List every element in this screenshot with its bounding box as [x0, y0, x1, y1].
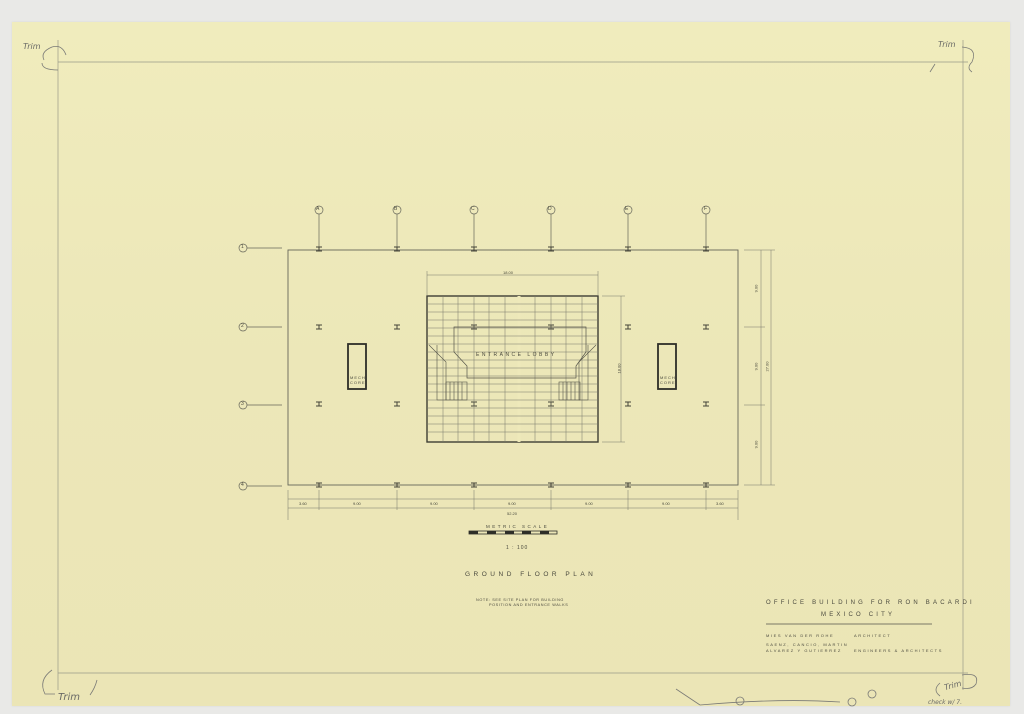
grid-label-4: 4: [241, 482, 244, 488]
engineers-line-2: ALVAREZ Y GUTIERREZ: [766, 648, 842, 653]
engineers-line-1: SAENZ, CANCIO, MARTIN: [766, 642, 848, 647]
dim-bay-6: 9.00: [662, 501, 670, 506]
architect-role: ARCHITECT: [854, 633, 891, 638]
dim-bay-3: 9.00: [430, 501, 438, 506]
note-line-1: NOTE: SEE SITE PLAN FOR BUILDING: [476, 598, 564, 602]
grid-label-d: D: [548, 206, 552, 212]
metric-scale-label: METRIC SCALE: [486, 524, 549, 529]
entrance-lobby: [427, 296, 598, 442]
building-outline: [288, 250, 738, 485]
check-note: check w/ 7.: [928, 699, 962, 706]
grid-label-2: 2: [241, 323, 244, 329]
trim-note-bottom-left: Trim: [58, 692, 80, 703]
grid-label-f: F: [704, 206, 707, 212]
dim-bay-2: 9.00: [353, 501, 361, 506]
core-right-label-core: CORE: [660, 380, 676, 385]
lobby-depth-dimension: 18.00: [617, 363, 622, 373]
grid-label-b: B: [394, 206, 397, 212]
project-location: MEXICO CITY: [821, 612, 895, 618]
dim-overall-depth: 27.00: [765, 361, 770, 371]
column-grid-bubbles: [315, 206, 710, 248]
engineers-role: ENGINEERS & ARCHITECTS: [854, 648, 943, 653]
project-title: OFFICE BUILDING FOR RON BACARDI: [766, 600, 975, 606]
grid-label-3: 3: [241, 401, 244, 407]
drawing-title: GROUND FLOOR PLAN: [465, 571, 596, 578]
metric-scale-bar: [469, 531, 557, 534]
grid-label-e: E: [625, 206, 628, 212]
grid-label-c: C: [471, 206, 475, 212]
dim-bay-4: 9.00: [508, 501, 516, 506]
trim-note-top-right: Trim: [938, 40, 956, 49]
right-dimensions: [744, 250, 775, 485]
grid-label-1: 1: [241, 244, 244, 250]
entrance-lobby-label: ENTRANCE LOBBY: [476, 352, 557, 358]
trim-border: [58, 40, 968, 690]
row-grid-bubbles: [239, 244, 282, 490]
columns: [316, 247, 709, 487]
dim-right-3: 9.00: [753, 441, 758, 449]
core-left-label-core: CORE: [350, 380, 366, 385]
scale-ratio: 1 : 100: [506, 545, 528, 551]
architect-name: MIES VAN DER ROHE: [766, 633, 834, 638]
dim-bay-5: 9.00: [585, 501, 593, 506]
grid-label-a: A: [316, 206, 319, 212]
dim-right-1: 9.00: [753, 285, 758, 293]
note-line-2: POSITION AND ENTRANCE WALKS: [489, 603, 568, 607]
dim-bay-1: 3.60: [299, 501, 307, 506]
dim-overall-width: 52.20: [507, 511, 517, 516]
dim-bay-7: 3.60: [716, 501, 724, 506]
trim-note-top-left: Trim: [23, 42, 41, 51]
lobby-width-dimension: 18.00: [503, 270, 513, 275]
dim-right-2: 9.00: [753, 363, 758, 371]
